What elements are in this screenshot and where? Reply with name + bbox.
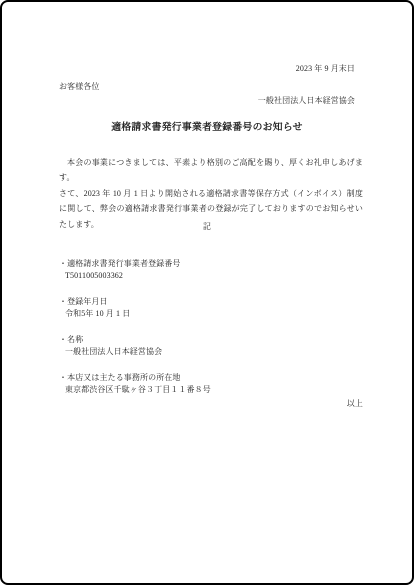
sender-organization: 一般社団法人日本経営協会 bbox=[258, 95, 355, 107]
closing-marker: 以上 bbox=[347, 398, 363, 410]
recipient-line: お客様各位 bbox=[59, 81, 100, 93]
item-bullet: ・ bbox=[59, 373, 67, 382]
document-page: 2023 年 9 月末日 お客様各位 一般社団法人日本経営協会 適格請求書発行事… bbox=[0, 0, 414, 585]
item-label: ・登録年月日 bbox=[59, 296, 369, 308]
list-item-name: ・名称 一般社団法人日本経営協会 bbox=[59, 334, 369, 357]
list-item-registration-number: ・適格請求書発行事業者登録番号 T5011005003362 bbox=[59, 258, 369, 281]
notice-list: ・適格請求書発行事業者登録番号 T5011005003362 ・登録年月日 令和… bbox=[59, 258, 369, 410]
list-item-registration-date: ・登録年月日 令和5年 10 月 1 日 bbox=[59, 296, 369, 319]
item-bullet: ・ bbox=[59, 259, 67, 268]
item-value: 東京都渋谷区千駄ヶ谷３丁目１１番８号 bbox=[59, 384, 369, 396]
item-label: ・適格請求書発行事業者登録番号 bbox=[59, 258, 369, 270]
document-date: 2023 年 9 月末日 bbox=[296, 63, 355, 75]
item-bullet: ・ bbox=[59, 335, 67, 344]
item-value: T5011005003362 bbox=[59, 270, 369, 282]
body-paragraph-greeting: 本会の事業につきましては、平素より格別のご高配を賜り、厚くお礼申しあげます。 bbox=[59, 155, 363, 186]
record-marker: 記 bbox=[2, 221, 412, 233]
item-value: 令和5年 10 月 1 日 bbox=[59, 308, 369, 320]
item-label: ・本店又は主たる事務所の所在地 bbox=[59, 372, 369, 384]
item-label: ・名称 bbox=[59, 334, 369, 346]
item-bullet: ・ bbox=[59, 297, 67, 306]
list-item-office-address: ・本店又は主たる事務所の所在地 東京都渋谷区千駄ヶ谷３丁目１１番８号 bbox=[59, 372, 369, 395]
item-value: 一般社団法人日本経営協会 bbox=[59, 346, 369, 358]
document-title: 適格請求書発行事業者登録番号のお知らせ bbox=[2, 119, 412, 133]
